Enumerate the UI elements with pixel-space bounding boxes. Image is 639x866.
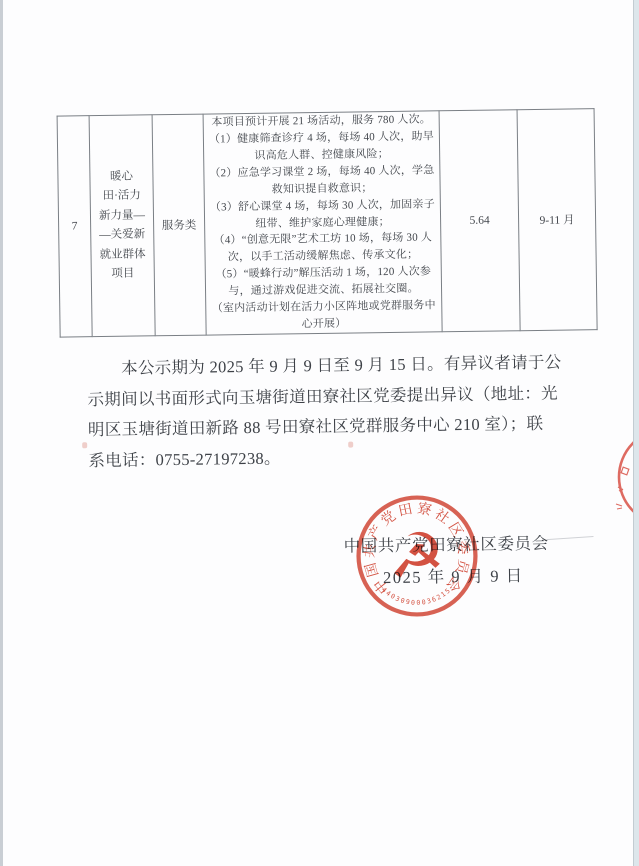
- partial-seal-glyph: [616, 504, 622, 509]
- document-page: 7 暖心 田·活力 新力量— —关爱新 就业群体 项目 服务类 本项目预计开展 …: [0, 0, 639, 866]
- project-name-line: 暖心: [90, 167, 152, 187]
- project-name-line: 新力量—: [91, 206, 153, 226]
- notice-line: 系电话：0755-27197238。: [88, 439, 588, 476]
- cell-row-number: 7: [57, 116, 92, 337]
- hammer-sickle-icon: ☭: [389, 520, 445, 593]
- cell-project-description: 本项目预计开展 21 场活动，服务 780 人次。 （1）健康筛查诊疗 4 场，…: [203, 111, 442, 335]
- project-name-line: 田·活力: [91, 186, 153, 206]
- notice-paragraph: 本公示期为 2025 年 9 月 9 日至 9 月 15 日。有异议者请于公 示…: [87, 347, 589, 476]
- official-seal: 中国共产党田寮社区委员会 44030900036215 ☭: [351, 490, 483, 622]
- description-line: 心开展）: [206, 314, 441, 334]
- partial-seal-arc: [619, 429, 633, 525]
- cell-project-name: 暖心 田·活力 新力量— —关爱新 就业群体 项目: [89, 115, 155, 337]
- stray-pencil-mark: [547, 536, 594, 540]
- project-table: 7 暖心 田·活力 新力量— —关爱新 就业群体 项目 服务类 本项目预计开展 …: [57, 108, 598, 337]
- ink-speck: [82, 442, 87, 448]
- cell-period: 9-11 月: [517, 109, 597, 331]
- amount-value: 5.64: [469, 215, 489, 227]
- description-line: （1）健康筛查诊疗 4 场，每场 40 人次，助早: [204, 128, 439, 148]
- partial-seal-right-edge: [596, 424, 633, 530]
- table-row: 7 暖心 田·活力 新力量— —关爱新 就业群体 项目 服务类 本项目预计开展 …: [57, 109, 597, 337]
- ink-speck: [348, 442, 353, 448]
- project-name-line: 就业群体: [91, 245, 153, 265]
- project-name-line: 项目: [92, 264, 154, 284]
- description-line: （2）应急学习课堂 2 场，每场 40 人次，学急: [204, 162, 439, 182]
- project-type: 服务类: [162, 220, 197, 232]
- description-line: （3）舒心课堂 4 场，每场 30 人次，加固亲子: [205, 196, 440, 216]
- description-line: （室内活动计划在活力小区阵地或党群服务中: [206, 297, 441, 317]
- cell-project-type: 服务类: [152, 114, 206, 336]
- printed-content: 7 暖心 田·活力 新力量— —关爱新 就业群体 项目 服务类 本项目预计开展 …: [0, 0, 639, 866]
- partial-seal-glyph: [621, 467, 629, 475]
- project-name-line: —关爱新: [91, 225, 153, 245]
- cell-amount: 5.64: [439, 110, 520, 332]
- row-number: 7: [72, 220, 78, 232]
- period-value: 9-11 月: [540, 214, 575, 226]
